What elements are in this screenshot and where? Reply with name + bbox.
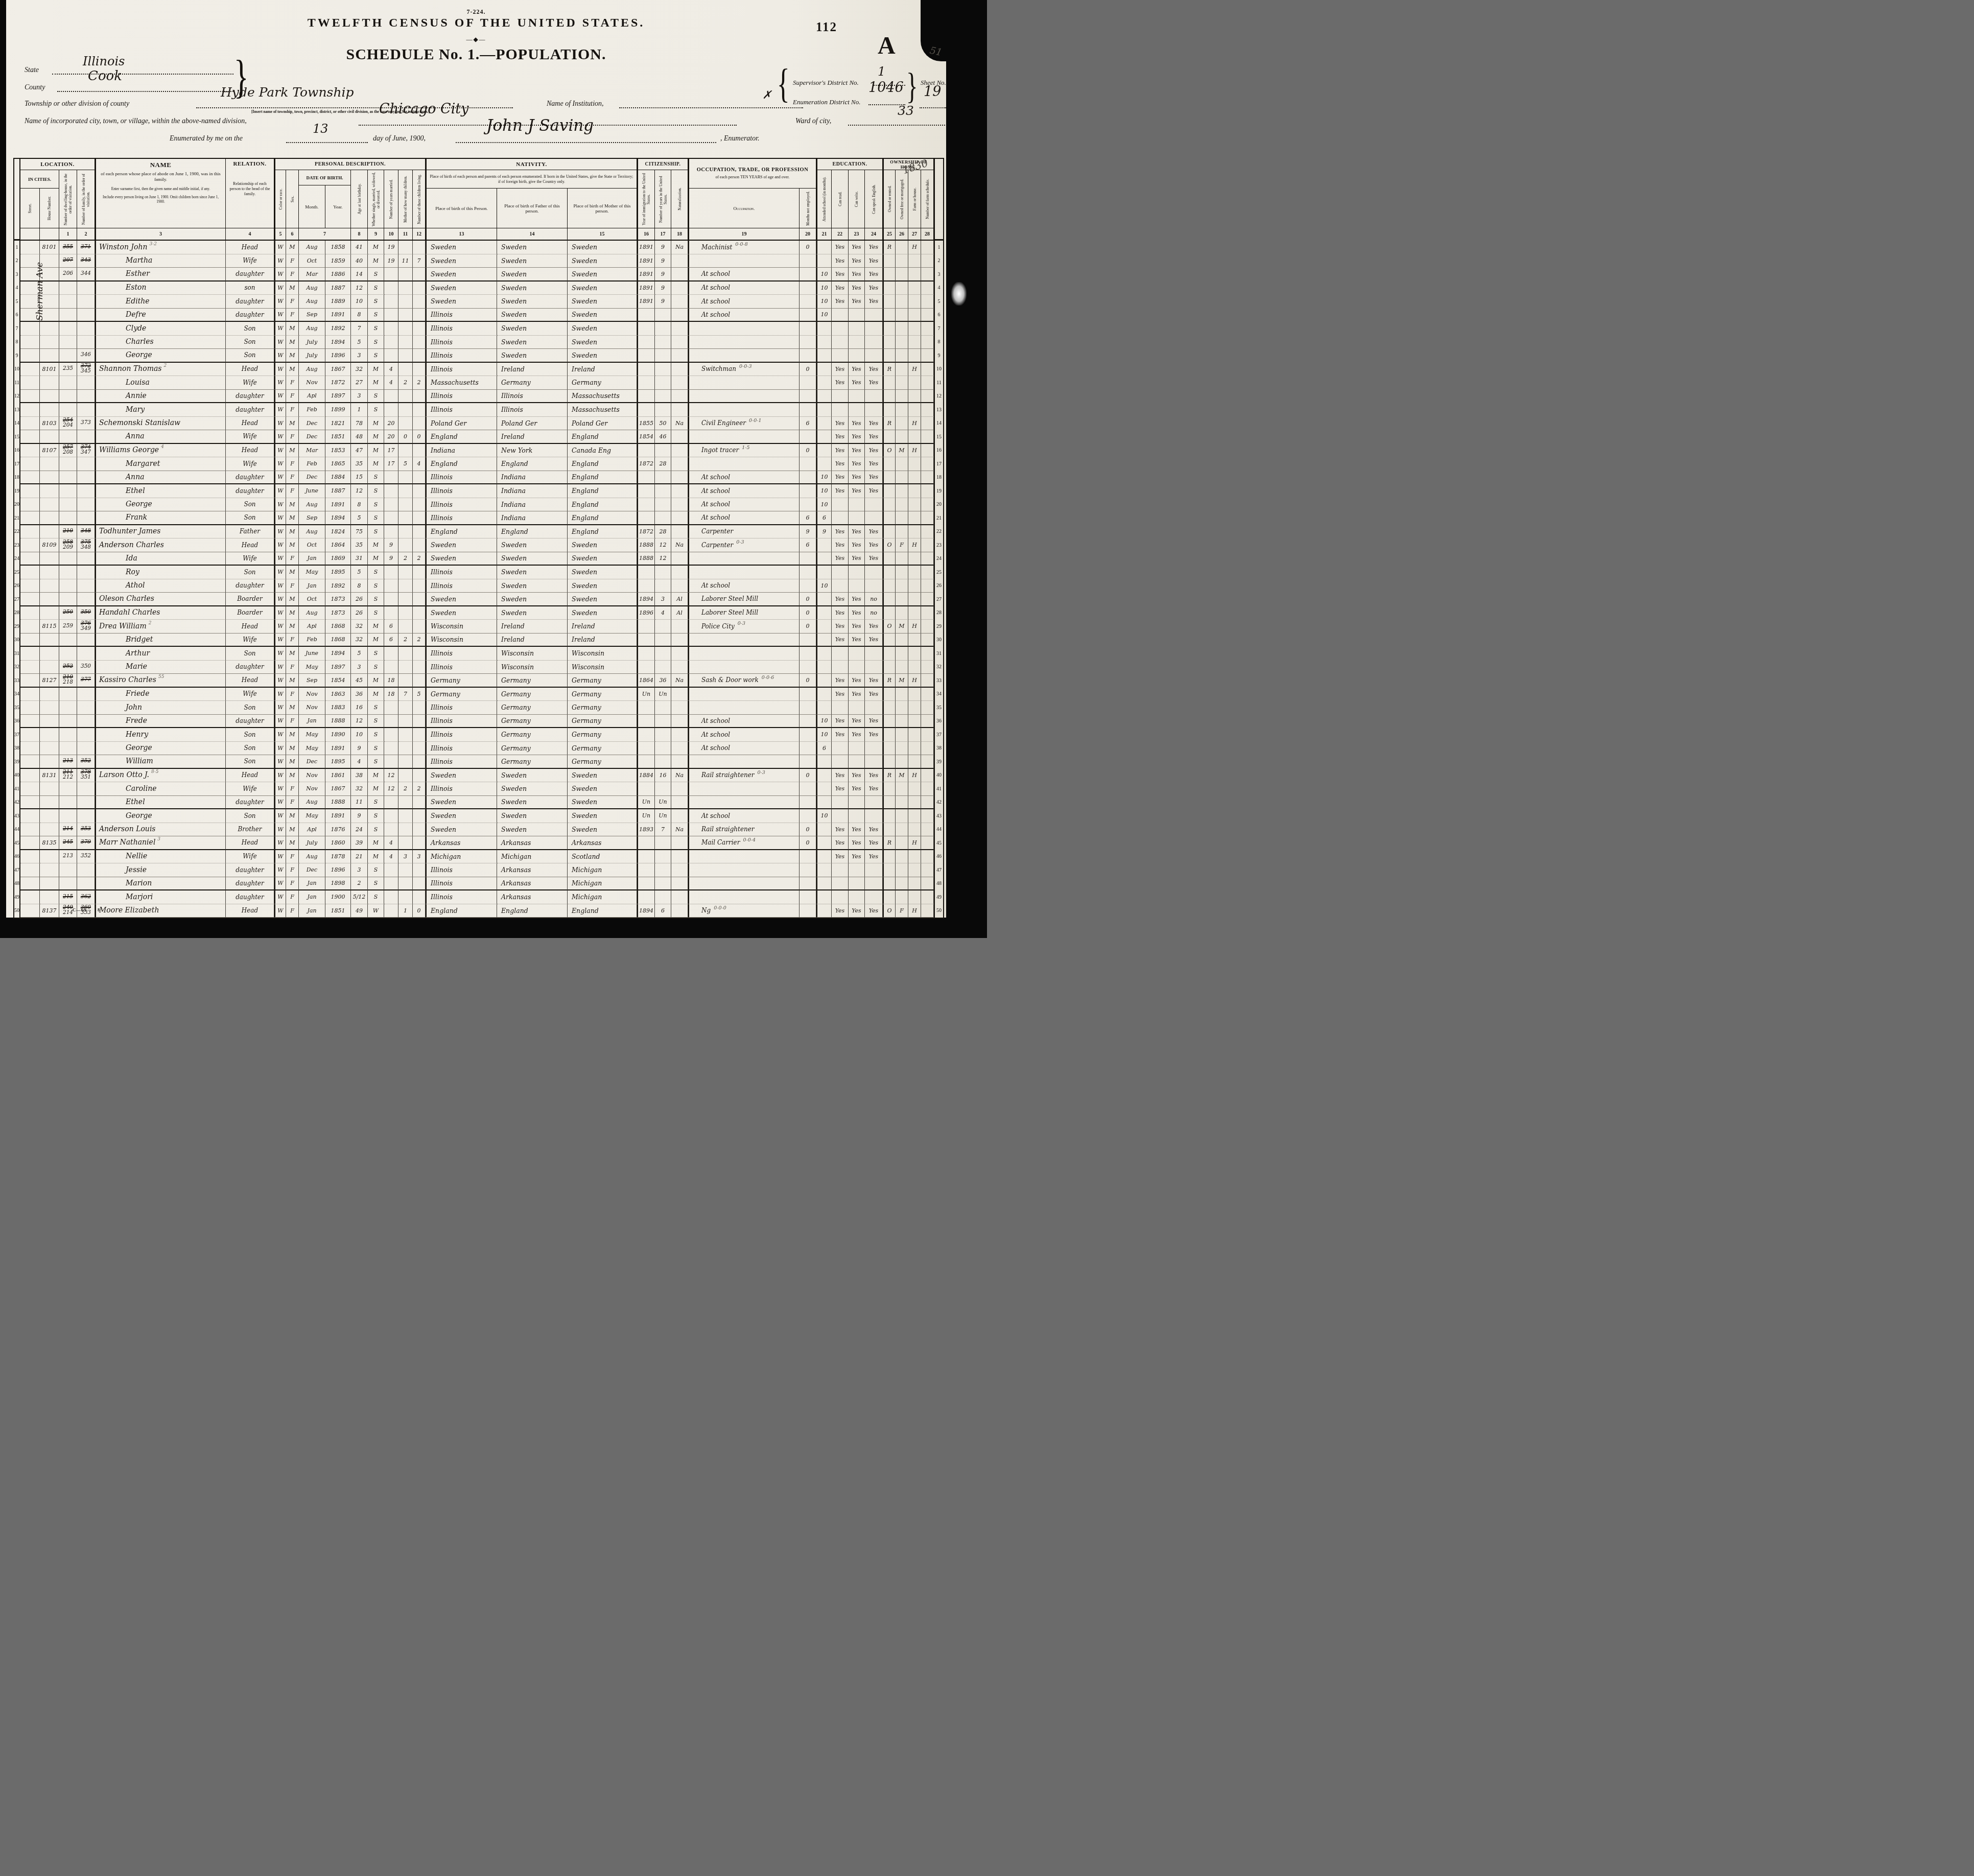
- cell-marital-status: S: [368, 579, 384, 593]
- scan-edge-right: [946, 0, 987, 938]
- cell-pob-person: Illinois: [426, 715, 497, 729]
- cell-marital-status: S: [368, 295, 384, 309]
- cell-pob-person: Illinois: [426, 701, 497, 715]
- cell-owned-or-rented: [883, 823, 896, 837]
- cell-years-married: 19: [384, 241, 398, 254]
- cell-occupation: [688, 755, 800, 769]
- cell-relation: Father: [226, 525, 274, 539]
- cell-age: 26: [351, 606, 368, 620]
- cell-marital-status: M: [368, 836, 384, 850]
- table-row: 40 8131 211212 378351 Larson Otto J.8-5 …: [14, 769, 943, 783]
- cell-farm-or-house: H: [908, 363, 921, 377]
- cell-free-or-mortgaged: [896, 661, 908, 674]
- cell-dwelling-number: [59, 349, 77, 363]
- cell-age: 32: [351, 363, 368, 377]
- cell-dwelling-number: 257208: [59, 444, 77, 458]
- cell-farm-schedule: [921, 363, 934, 377]
- cell-occupation: At school: [688, 498, 800, 512]
- cell-attended-school: [816, 701, 832, 715]
- row-number-right: 2: [934, 254, 943, 268]
- cell-years-married: 6: [384, 634, 398, 647]
- cell-birth-month: Aug: [299, 241, 325, 254]
- cell-months-not-employed: [800, 295, 816, 309]
- cell-dwelling-number: 355: [59, 241, 77, 254]
- cell-months-not-employed: [800, 742, 816, 756]
- cell-dwelling-number: 250: [59, 606, 77, 620]
- cell-attended-school: 10: [816, 498, 832, 512]
- row-number-right: 14: [934, 417, 943, 431]
- cell-can-speak-english: no: [865, 606, 883, 620]
- township-value: Hyde Park Township: [221, 85, 354, 100]
- cell-relation: daughter: [226, 268, 274, 282]
- table-row: 24 Ida Wife W F Jan 1869 31 M 9 2 2 Swed…: [14, 552, 943, 566]
- cell-house-number: 8137: [40, 904, 59, 918]
- cell-farm-or-house: [908, 403, 921, 417]
- cell-age: 27: [351, 376, 368, 390]
- cell-house-number: [40, 701, 59, 715]
- enumerator-label: , Enumerator.: [720, 135, 760, 143]
- cell-months-not-employed: 0: [800, 363, 816, 377]
- cell-owned-or-rented: O: [883, 904, 896, 918]
- cell-attended-school: [816, 688, 832, 701]
- cell-age: 3: [351, 661, 368, 674]
- cell-birth-month: July: [299, 836, 325, 850]
- cell-attended-school: 10: [816, 471, 832, 485]
- cell-pob-mother: Sweden: [568, 593, 637, 606]
- cell-birth-year: 1900: [325, 890, 351, 904]
- row-number-right: 26: [934, 579, 943, 593]
- cell-mother-of-children: [398, 823, 413, 837]
- cell-immigration-year: [637, 579, 655, 593]
- cell-farm-schedule: [921, 742, 934, 756]
- cell-farm-or-house: [908, 661, 921, 674]
- cell-free-or-mortgaged: [896, 593, 908, 606]
- cell-age: 41: [351, 241, 368, 254]
- street-value: Sherman Ave: [35, 262, 45, 321]
- cell-children-living: [413, 511, 426, 525]
- cell-can-read: [832, 796, 849, 810]
- col-15-pob-mother: Place of birth of Mother of this person.: [568, 189, 637, 228]
- cell-name: Mary: [95, 403, 226, 417]
- cell-occupation: [688, 322, 800, 336]
- row-number-left: 48: [14, 877, 20, 891]
- cell-years-married: 4: [384, 363, 398, 377]
- cell-house-number: [40, 647, 59, 661]
- cell-years-married: [384, 349, 398, 363]
- colnum-19: 19: [688, 228, 800, 240]
- cell-dwelling-number: [59, 715, 77, 729]
- cell-birth-month: May: [299, 809, 325, 823]
- cell-owned-or-rented: [883, 282, 896, 295]
- cell-months-not-employed: [800, 254, 816, 268]
- cell-farm-or-house: [908, 349, 921, 363]
- cell-birth-month: Oct: [299, 254, 325, 268]
- cell-attended-school: [816, 430, 832, 444]
- cell-relation: Head: [226, 444, 274, 458]
- cell-birth-year: 1854: [325, 674, 351, 688]
- cell-years-in-us: 36: [655, 674, 671, 688]
- cell-relation: Head: [226, 769, 274, 783]
- cell-owned-or-rented: [883, 552, 896, 566]
- cell-farm-or-house: [908, 552, 921, 566]
- colnum-21: 21: [816, 228, 832, 240]
- cell-pob-person: Illinois: [426, 322, 497, 336]
- cell-pob-father: Indiana: [497, 498, 568, 512]
- colnum-17: 17: [655, 228, 671, 240]
- cell-birth-month: Dec: [299, 863, 325, 877]
- cell-farm-schedule: [921, 444, 934, 458]
- cell-owned-or-rented: [883, 593, 896, 606]
- cell-free-or-mortgaged: [896, 566, 908, 579]
- cell-birth-year: 1894: [325, 511, 351, 525]
- township-label: Township or other division of county: [25, 100, 129, 108]
- cell-pob-father: Sweden: [497, 282, 568, 295]
- cell-can-read: [832, 566, 849, 579]
- row-number-left: 3: [14, 268, 20, 282]
- cell-age: 75: [351, 525, 368, 539]
- cell-farm-schedule: [921, 525, 934, 539]
- cell-immigration-year: Un: [637, 809, 655, 823]
- cell-children-living: [413, 566, 426, 579]
- cell-street: [20, 728, 40, 742]
- cell-color: W: [274, 823, 286, 837]
- cell-years-married: 9: [384, 552, 398, 566]
- cell-can-read: Yes: [832, 525, 849, 539]
- cell-street: [20, 877, 40, 891]
- cell-months-not-employed: [800, 782, 816, 796]
- cell-attended-school: [816, 457, 832, 471]
- cell-dwelling-number: 213: [59, 850, 77, 864]
- cell-pob-father: New York: [497, 444, 568, 458]
- col-6-sex: Sex.: [286, 170, 299, 228]
- cell-farm-schedule: [921, 538, 934, 552]
- cell-color: W: [274, 254, 286, 268]
- cell-occupation: Rail straightener: [688, 823, 800, 837]
- cell-mother-of-children: 0: [398, 430, 413, 444]
- cell-immigration-year: [637, 336, 655, 349]
- cell-months-not-employed: [800, 309, 816, 322]
- cell-pob-mother: Ireland: [568, 634, 637, 647]
- ward-line: [848, 118, 945, 126]
- cell-years-married: 18: [384, 674, 398, 688]
- cell-birth-year: 1887: [325, 484, 351, 498]
- cell-can-speak-english: Yes: [865, 552, 883, 566]
- cell-marital-status: S: [368, 268, 384, 282]
- cell-children-living: [413, 755, 426, 769]
- cell-birth-month: Feb: [299, 403, 325, 417]
- cell-dwelling-number: [59, 376, 77, 390]
- cell-farm-schedule: [921, 715, 934, 729]
- cell-color: W: [274, 836, 286, 850]
- cell-house-number: 8109: [40, 538, 59, 552]
- cell-color: W: [274, 349, 286, 363]
- cell-pob-father: Ireland: [497, 363, 568, 377]
- cell-pob-person: Sweden: [426, 593, 497, 606]
- cell-children-living: [413, 295, 426, 309]
- cell-years-in-us: 6: [655, 904, 671, 918]
- cell-can-write: Yes: [849, 620, 865, 634]
- sheet-letter: A: [878, 32, 896, 60]
- cell-color: W: [274, 444, 286, 458]
- cell-family-number: [77, 552, 95, 566]
- cell-farm-or-house: [908, 268, 921, 282]
- cell-age: 10: [351, 728, 368, 742]
- cell-birth-year: 1897: [325, 390, 351, 404]
- cell-color: W: [274, 403, 286, 417]
- cell-family-number: 348: [77, 525, 95, 539]
- cell-dwelling-number: [59, 863, 77, 877]
- cell-mother-of-children: [398, 715, 413, 729]
- cell-occupation: [688, 552, 800, 566]
- cell-owned-or-rented: [883, 471, 896, 485]
- cell-immigration-year: 1888: [637, 538, 655, 552]
- cell-age: 8: [351, 579, 368, 593]
- cell-years-in-us: [655, 349, 671, 363]
- cell-pob-mother: England: [568, 457, 637, 471]
- cell-pob-father: England: [497, 457, 568, 471]
- cell-can-read: Yes: [832, 769, 849, 783]
- cell-can-write: Yes: [849, 363, 865, 377]
- cell-color: W: [274, 376, 286, 390]
- state-label: State: [25, 66, 39, 75]
- cell-pob-person: Sweden: [426, 552, 497, 566]
- cell-pob-person: Arkansas: [426, 836, 497, 850]
- cell-can-speak-english: Yes: [865, 634, 883, 647]
- cell-can-read: Yes: [832, 782, 849, 796]
- cell-birth-year: 1868: [325, 620, 351, 634]
- cell-age: 5/12: [351, 890, 368, 904]
- cell-farm-schedule: [921, 877, 934, 891]
- state-value: Illinois: [83, 54, 125, 68]
- cell-pob-person: Sweden: [426, 796, 497, 810]
- cell-children-living: [413, 836, 426, 850]
- cell-years-in-us: 9: [655, 295, 671, 309]
- cell-can-speak-english: [865, 755, 883, 769]
- cell-color: W: [274, 566, 286, 579]
- cell-family-number: [77, 796, 95, 810]
- cell-children-living: [413, 593, 426, 606]
- cell-pob-father: Indiana: [497, 471, 568, 485]
- cell-naturalization: [671, 863, 688, 877]
- cell-dwelling-number: 214: [59, 823, 77, 837]
- cell-age: 24: [351, 823, 368, 837]
- cell-free-or-mortgaged: M: [896, 674, 908, 688]
- cell-years-in-us: 46: [655, 430, 671, 444]
- col-7-date-of-birth: DATE OF BIRTH. Month. Year.: [299, 170, 351, 228]
- cell-sex: M: [286, 498, 299, 512]
- enumerated-label: Enumerated by me on the: [170, 135, 243, 143]
- cell-children-living: [413, 823, 426, 837]
- cell-family-number: [77, 579, 95, 593]
- cell-birth-year: 1872: [325, 376, 351, 390]
- cell-birth-month: Sep: [299, 309, 325, 322]
- cell-age: 39: [351, 836, 368, 850]
- cell-can-speak-english: Yes: [865, 538, 883, 552]
- cell-owned-or-rented: [883, 728, 896, 742]
- cell-years-married: [384, 498, 398, 512]
- cell-farm-or-house: [908, 282, 921, 295]
- state-line: [52, 65, 233, 75]
- cell-can-write: [849, 755, 865, 769]
- cell-years-in-us: [655, 511, 671, 525]
- cell-naturalization: [671, 471, 688, 485]
- cell-years-married: [384, 863, 398, 877]
- cell-free-or-mortgaged: [896, 498, 908, 512]
- cell-can-write: Yes: [849, 836, 865, 850]
- cell-dwelling-number: 252: [59, 661, 77, 674]
- cell-pob-person: Wisconsin: [426, 620, 497, 634]
- cell-children-living: [413, 403, 426, 417]
- cell-occupation: At school: [688, 295, 800, 309]
- cell-mother-of-children: [398, 484, 413, 498]
- row-number-right: 20: [934, 498, 943, 512]
- cell-color: W: [274, 606, 286, 620]
- cell-can-speak-english: Yes: [865, 430, 883, 444]
- cell-can-read: Yes: [832, 620, 849, 634]
- cell-birth-year: 1886: [325, 268, 351, 282]
- cell-can-read: [832, 309, 849, 322]
- cell-attended-school: 10: [816, 309, 832, 322]
- nativity-description: Place of birth of each person and parent…: [426, 170, 637, 189]
- cell-relation: daughter: [226, 890, 274, 904]
- cell-sex: F: [286, 268, 299, 282]
- col-23-can-write: Can write.: [849, 170, 865, 228]
- cell-pob-person: Illinois: [426, 484, 497, 498]
- cell-can-read: Yes: [832, 836, 849, 850]
- cell-free-or-mortgaged: [896, 552, 908, 566]
- cell-pob-person: Germany: [426, 674, 497, 688]
- row-number-left: 40: [14, 769, 20, 783]
- cell-naturalization: [671, 525, 688, 539]
- cell-marital-status: M: [368, 552, 384, 566]
- cell-pob-father: Germany: [497, 674, 568, 688]
- cell-mother-of-children: [398, 538, 413, 552]
- cell-farm-schedule: [921, 376, 934, 390]
- cell-name: Louisa: [95, 376, 226, 390]
- cell-house-number: [40, 890, 59, 904]
- cell-years-in-us: 7: [655, 823, 671, 837]
- cell-can-write: [849, 336, 865, 349]
- row-number-right: 39: [934, 755, 943, 769]
- cell-pob-person: Illinois: [426, 390, 497, 404]
- cell-name: Marion: [95, 877, 226, 891]
- cell-relation: Head: [226, 363, 274, 377]
- cell-pob-mother: Sweden: [568, 268, 637, 282]
- cell-birth-month: Nov: [299, 769, 325, 783]
- cell-can-speak-english: [865, 701, 883, 715]
- cell-farm-schedule: [921, 796, 934, 810]
- cell-free-or-mortgaged: [896, 471, 908, 485]
- cell-years-married: 19: [384, 254, 398, 268]
- col-12-children-living: Number of these children living.: [413, 170, 426, 228]
- row-number-right: 18: [934, 471, 943, 485]
- cell-pob-father: Sweden: [497, 566, 568, 579]
- cell-free-or-mortgaged: [896, 701, 908, 715]
- cell-farm-schedule: [921, 498, 934, 512]
- cell-can-write: Yes: [849, 552, 865, 566]
- cell-relation: son: [226, 282, 274, 295]
- cell-marital-status: S: [368, 336, 384, 349]
- cell-birth-year: 1868: [325, 634, 351, 647]
- cell-birth-year: 1888: [325, 715, 351, 729]
- row-number-left: 37: [14, 728, 20, 742]
- table-row: 9 346 George Son W M July 1896 3 S Illin…: [14, 349, 943, 363]
- cell-sex: F: [286, 403, 299, 417]
- cell-children-living: [413, 444, 426, 458]
- row-number-right: 13: [934, 403, 943, 417]
- cell-years-in-us: [655, 363, 671, 377]
- table-row: 27 Oleson Charles Boarder W M Oct 1873 2…: [14, 593, 943, 606]
- cell-birth-year: 1897: [325, 661, 351, 674]
- row-number-left: 42: [14, 796, 20, 810]
- cell-street: [20, 809, 40, 823]
- cell-years-married: [384, 322, 398, 336]
- cell-pob-person: Sweden: [426, 295, 497, 309]
- cell-marital-status: M: [368, 850, 384, 864]
- row-number-left: 21: [14, 511, 20, 525]
- table-row: 16 8107 257208 374347 Williams George4 H…: [14, 444, 943, 458]
- cell-attended-school: [816, 363, 832, 377]
- cell-age: 47: [351, 444, 368, 458]
- cell-family-number: [77, 742, 95, 756]
- cell-occupation: [688, 349, 800, 363]
- cell-house-number: [40, 430, 59, 444]
- cell-mother-of-children: [398, 742, 413, 756]
- cell-attended-school: [816, 755, 832, 769]
- cell-name: Jessie: [95, 863, 226, 877]
- cell-pob-father: Sweden: [497, 782, 568, 796]
- cell-can-write: [849, 796, 865, 810]
- cell-attended-school: 10: [816, 809, 832, 823]
- row-number-right: 8: [934, 336, 943, 349]
- cell-occupation: [688, 890, 800, 904]
- cell-children-living: [413, 728, 426, 742]
- cell-years-married: [384, 606, 398, 620]
- cell-can-write: [849, 890, 865, 904]
- cell-farm-or-house: [908, 701, 921, 715]
- county-value: Cook: [88, 68, 122, 84]
- cell-pob-person: Illinois: [426, 363, 497, 377]
- cell-family-number: [77, 593, 95, 606]
- cell-house-number: [40, 634, 59, 647]
- cell-farm-or-house: [908, 390, 921, 404]
- col-17-years-in-us: Number of years in the United States.: [655, 170, 671, 228]
- cell-dwelling-number: 235: [59, 363, 77, 377]
- col-16-immigration-year: Year of immigration to the United States…: [637, 170, 655, 228]
- cell-birth-month: Nov: [299, 376, 325, 390]
- row-number-right: 19: [934, 484, 943, 498]
- cell-birth-month: Mar: [299, 268, 325, 282]
- cell-house-number: 8131: [40, 769, 59, 783]
- cell-marital-status: M: [368, 254, 384, 268]
- table-row: 30 Bridget Wife W F Feb 1868 32 M 6 2 2 …: [14, 634, 943, 647]
- cell-can-speak-english: Yes: [865, 457, 883, 471]
- cell-years-married: [384, 309, 398, 322]
- cell-owned-or-rented: [883, 715, 896, 729]
- cell-pob-mother: Massachusetts: [568, 390, 637, 404]
- table-row: 1 8101 355 371 Winston John3-2 Head W M …: [14, 241, 943, 254]
- cell-farm-or-house: H: [908, 904, 921, 918]
- cell-years-in-us: [655, 715, 671, 729]
- cell-marital-status: S: [368, 593, 384, 606]
- cell-farm-or-house: [908, 525, 921, 539]
- cell-birth-month: Nov: [299, 782, 325, 796]
- cell-months-not-employed: [800, 647, 816, 661]
- cell-can-speak-english: Yes: [865, 241, 883, 254]
- cell-occupation: Machinist0-0-8: [688, 241, 800, 254]
- cell-pob-mother: Arkansas: [568, 836, 637, 850]
- cell-can-read: Yes: [832, 674, 849, 688]
